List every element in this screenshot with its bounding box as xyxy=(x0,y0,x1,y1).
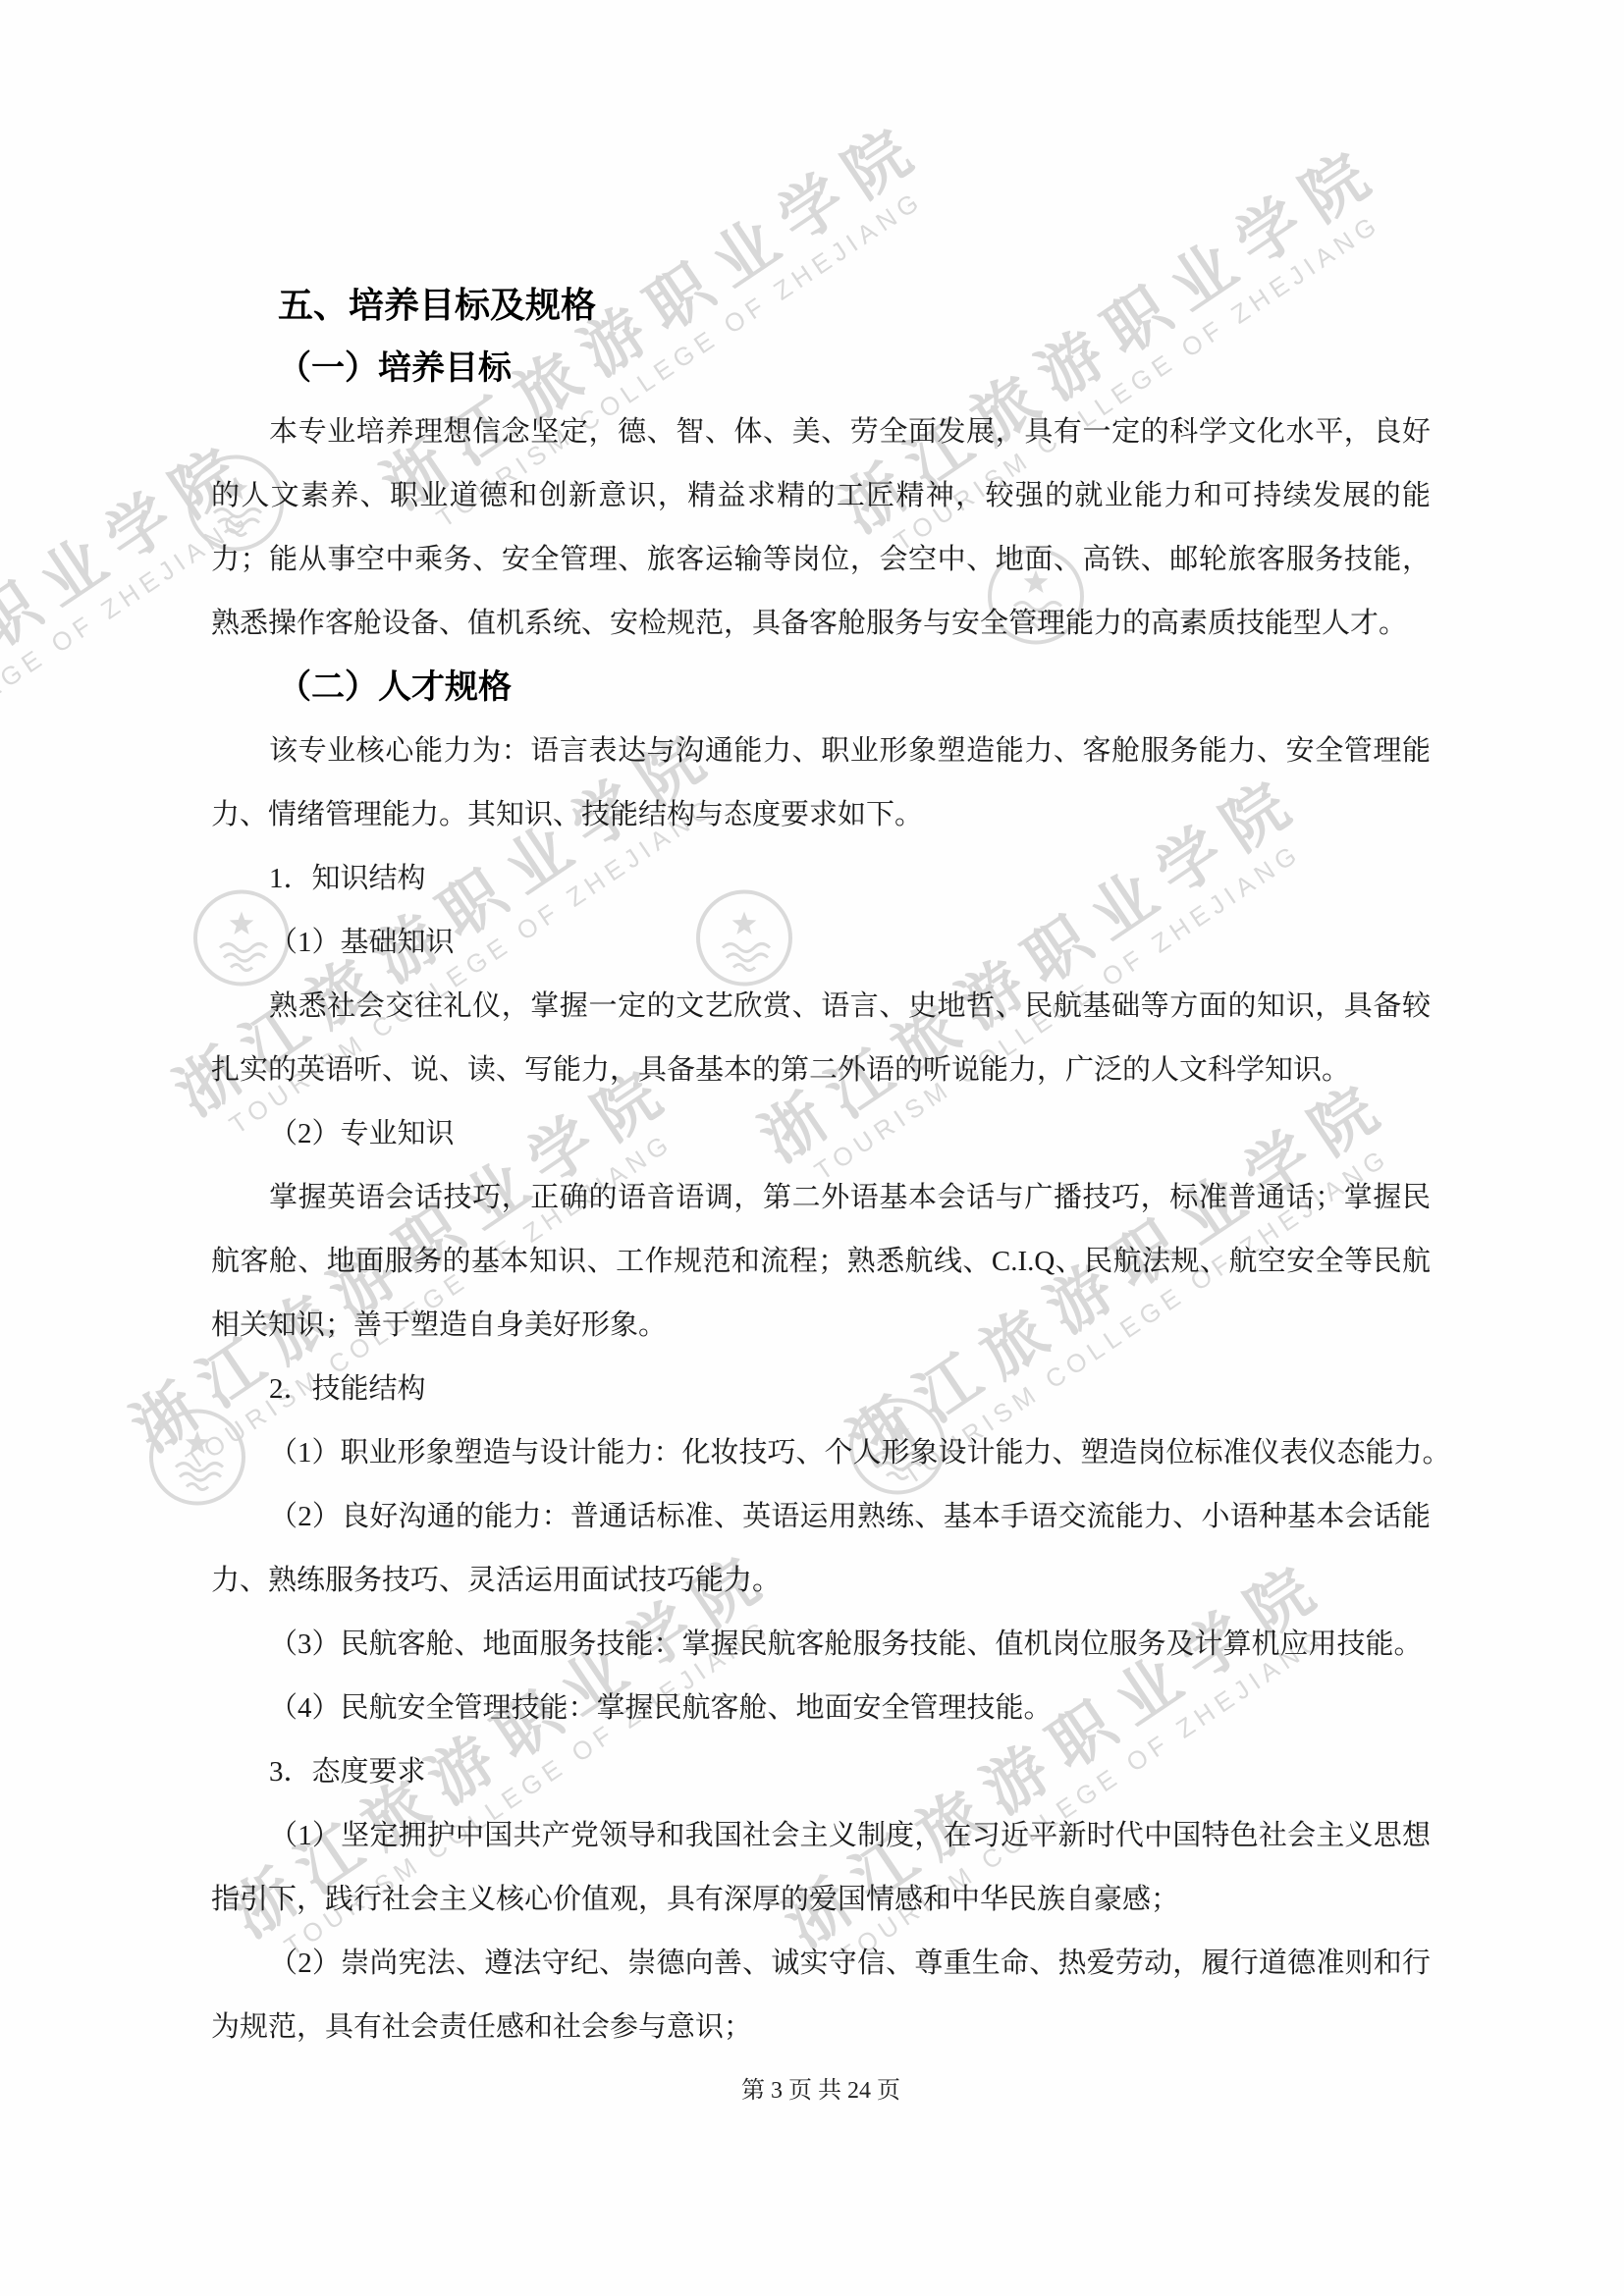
paragraph-attitude-item-1: （1）坚定拥护中国共产党领导和我国社会主义制度，在习近平新时代中国特色社会主义思… xyxy=(211,1804,1431,1932)
paragraph-skill-item-1: （1）职业形象塑造与设计能力：化妆技巧、个人形象设计能力、塑造岗位标准仪表仪态能… xyxy=(211,1421,1431,1485)
paragraph-professional-knowledge: 掌握英语会话技巧，正确的语音语调，第二外语基本会话与广播技巧，标准普通话；掌握民… xyxy=(211,1166,1431,1358)
heading-training-objectives: （一）培养目标 xyxy=(211,337,1431,400)
heading-professional-knowledge: （2）专业知识 xyxy=(211,1102,1431,1166)
heading-basic-knowledge: （1）基础知识 xyxy=(211,911,1431,975)
paragraph-basic-knowledge: 熟悉社会交往礼仪，掌握一定的文艺欣赏、语言、史地哲、民航基础等方面的知识，具备较… xyxy=(211,975,1431,1102)
paragraph-training-objectives: 本专业培养理想信念坚定，德、智、体、美、劳全面发展，具有一定的科学文化水平，良好… xyxy=(211,400,1431,656)
document-body: 五、培养目标及规格 （一）培养目标 本专业培养理想信念坚定，德、智、体、美、劳全… xyxy=(211,273,1431,2059)
heading-skill-structure: 2．技能结构 xyxy=(211,1358,1431,1421)
heading-attitude-requirements: 3．态度要求 xyxy=(211,1740,1431,1804)
document-page: 浙江旅游职业学院 TOURISM COLLEGE OF ZHEJIANG 浙江旅… xyxy=(0,0,1624,2296)
paragraph-skill-item-3: （3）民航客舱、地面服务技能：掌握民航客舱服务技能、值机岗位服务及计算机应用技能… xyxy=(211,1613,1431,1677)
heading-talent-specifications: （二）人才规格 xyxy=(211,656,1431,720)
page-number-footer: 第 3 页 共 24 页 xyxy=(211,2068,1431,2113)
paragraph-core-competencies: 该专业核心能力为：语言表达与沟通能力、职业形象塑造能力、客舱服务能力、安全管理能… xyxy=(211,720,1431,847)
section-heading-training-objectives-and-specs: 五、培养目标及规格 xyxy=(211,273,1431,337)
heading-knowledge-structure: 1．知识结构 xyxy=(211,847,1431,911)
paragraph-skill-item-2: （2）良好沟通的能力：普通话标准、英语运用熟练、基本手语交流能力、小语种基本会话… xyxy=(211,1485,1431,1613)
paragraph-attitude-item-2: （2）崇尚宪法、遵法守纪、崇德向善、诚实守信、尊重生命、热爱劳动，履行道德准则和… xyxy=(211,1932,1431,2059)
paragraph-skill-item-4: （4）民航安全管理技能：掌握民航客舱、地面安全管理技能。 xyxy=(211,1677,1431,1740)
